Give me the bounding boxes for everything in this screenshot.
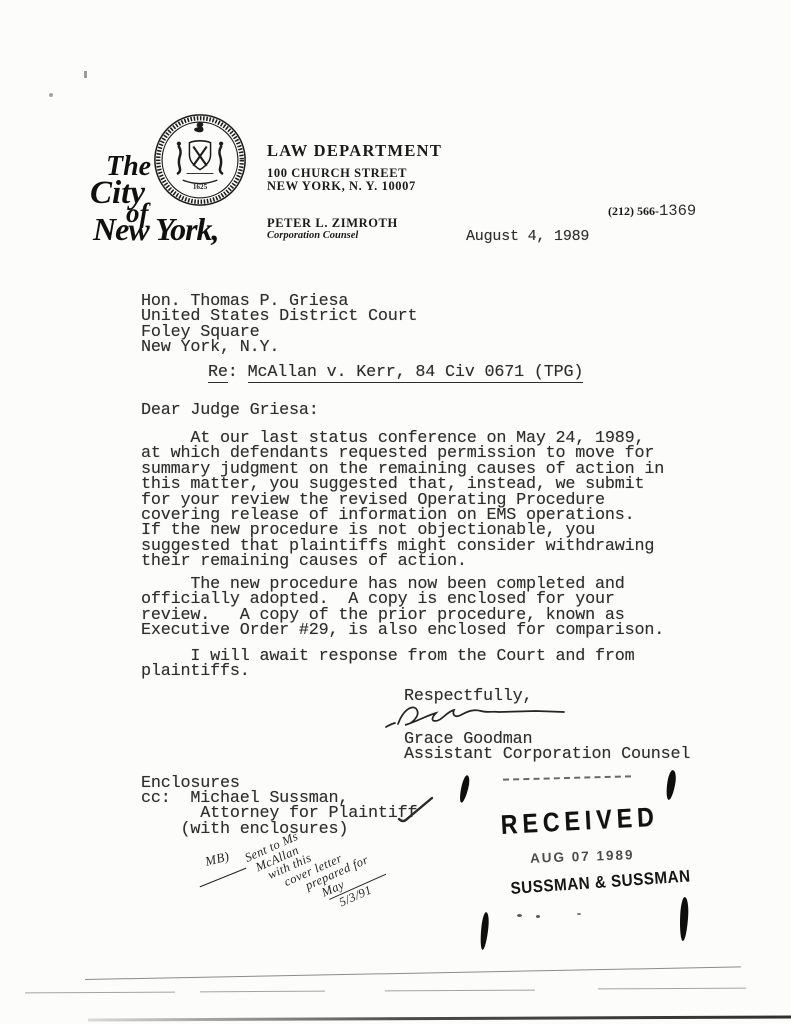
ink-dot bbox=[577, 913, 581, 915]
phone-printed-part: (212) 566- bbox=[608, 204, 659, 219]
scan-artifact-line bbox=[385, 990, 535, 992]
ink-mark bbox=[679, 897, 689, 941]
re-label: Re bbox=[208, 363, 228, 383]
counsel-name: PETER L. ZIMROTH bbox=[267, 216, 398, 231]
scan-artifact-line bbox=[25, 992, 175, 994]
salutation: Dear Judge Griesa: bbox=[141, 403, 319, 418]
re-case-caption: McAllan v. Kerr, 84 Civ 0671 (TPG) bbox=[248, 363, 584, 383]
note-underline bbox=[200, 868, 247, 888]
scan-artifact-line bbox=[200, 991, 325, 993]
body-paragraph-1: At our last status conference on May 24,… bbox=[141, 431, 664, 570]
ink-mark bbox=[479, 912, 490, 951]
seal-left-figure bbox=[178, 147, 181, 174]
stamp-received-text: RECEIVED bbox=[500, 802, 660, 841]
seal-windmill-saltire bbox=[193, 147, 206, 166]
re-line: Re:McAllan v. Kerr, 84 Civ 0671 (TPG) bbox=[208, 365, 583, 380]
scanned-letter-page: The City of New York, 1625 LAW DEPARTMEN… bbox=[0, 0, 791, 1024]
handwritten-checkmark bbox=[396, 796, 436, 824]
signature-scribble bbox=[384, 700, 574, 732]
cc-block: cc: Michael Sussman, Attorney for Plaint… bbox=[141, 791, 417, 837]
stamp-date: AUG 07 1989 bbox=[530, 847, 635, 866]
seal-year: 1625 bbox=[193, 183, 208, 191]
letter-date: August 4, 1989 bbox=[466, 229, 589, 244]
scan-speck bbox=[84, 71, 87, 78]
stamp-smudge-line bbox=[503, 775, 631, 780]
ink-dot bbox=[517, 914, 522, 917]
scan-speck bbox=[49, 93, 53, 97]
recipient-address: Hon. Thomas P. Griesa United States Dist… bbox=[141, 294, 417, 356]
signer-title: Assistant Corporation Counsel bbox=[404, 747, 690, 762]
ink-mark bbox=[665, 770, 678, 801]
ink-mark bbox=[458, 775, 471, 804]
scan-artifact-line bbox=[85, 966, 741, 980]
phone-typed-part: 1369 bbox=[659, 202, 696, 220]
stamp-firm-name: SUSSMAN & SUSSMAN bbox=[510, 866, 691, 899]
seal-right-figure bbox=[219, 147, 222, 174]
re-colon: : bbox=[228, 363, 238, 382]
phone-number: (212) 566- 1369 bbox=[608, 202, 696, 220]
scan-artifact-line bbox=[598, 988, 746, 990]
logo-word-new-york: New York, bbox=[93, 211, 219, 248]
note-initials: MB) bbox=[203, 848, 231, 869]
ink-dot bbox=[536, 915, 540, 918]
page-bottom-edge-line bbox=[88, 1015, 791, 1021]
body-paragraph-3: I will await response from the Court and… bbox=[141, 649, 635, 680]
nyc-seal-icon: 1625 bbox=[152, 112, 248, 208]
law-department-title: LAW DEPARTMENT bbox=[267, 141, 442, 161]
seal-eagle bbox=[194, 122, 203, 133]
letterhead-address-line2: NEW YORK, N. Y. 10007 bbox=[267, 179, 416, 194]
counsel-title: Corporation Counsel bbox=[267, 230, 358, 241]
body-paragraph-2: The new procedure has now been completed… bbox=[141, 577, 664, 639]
